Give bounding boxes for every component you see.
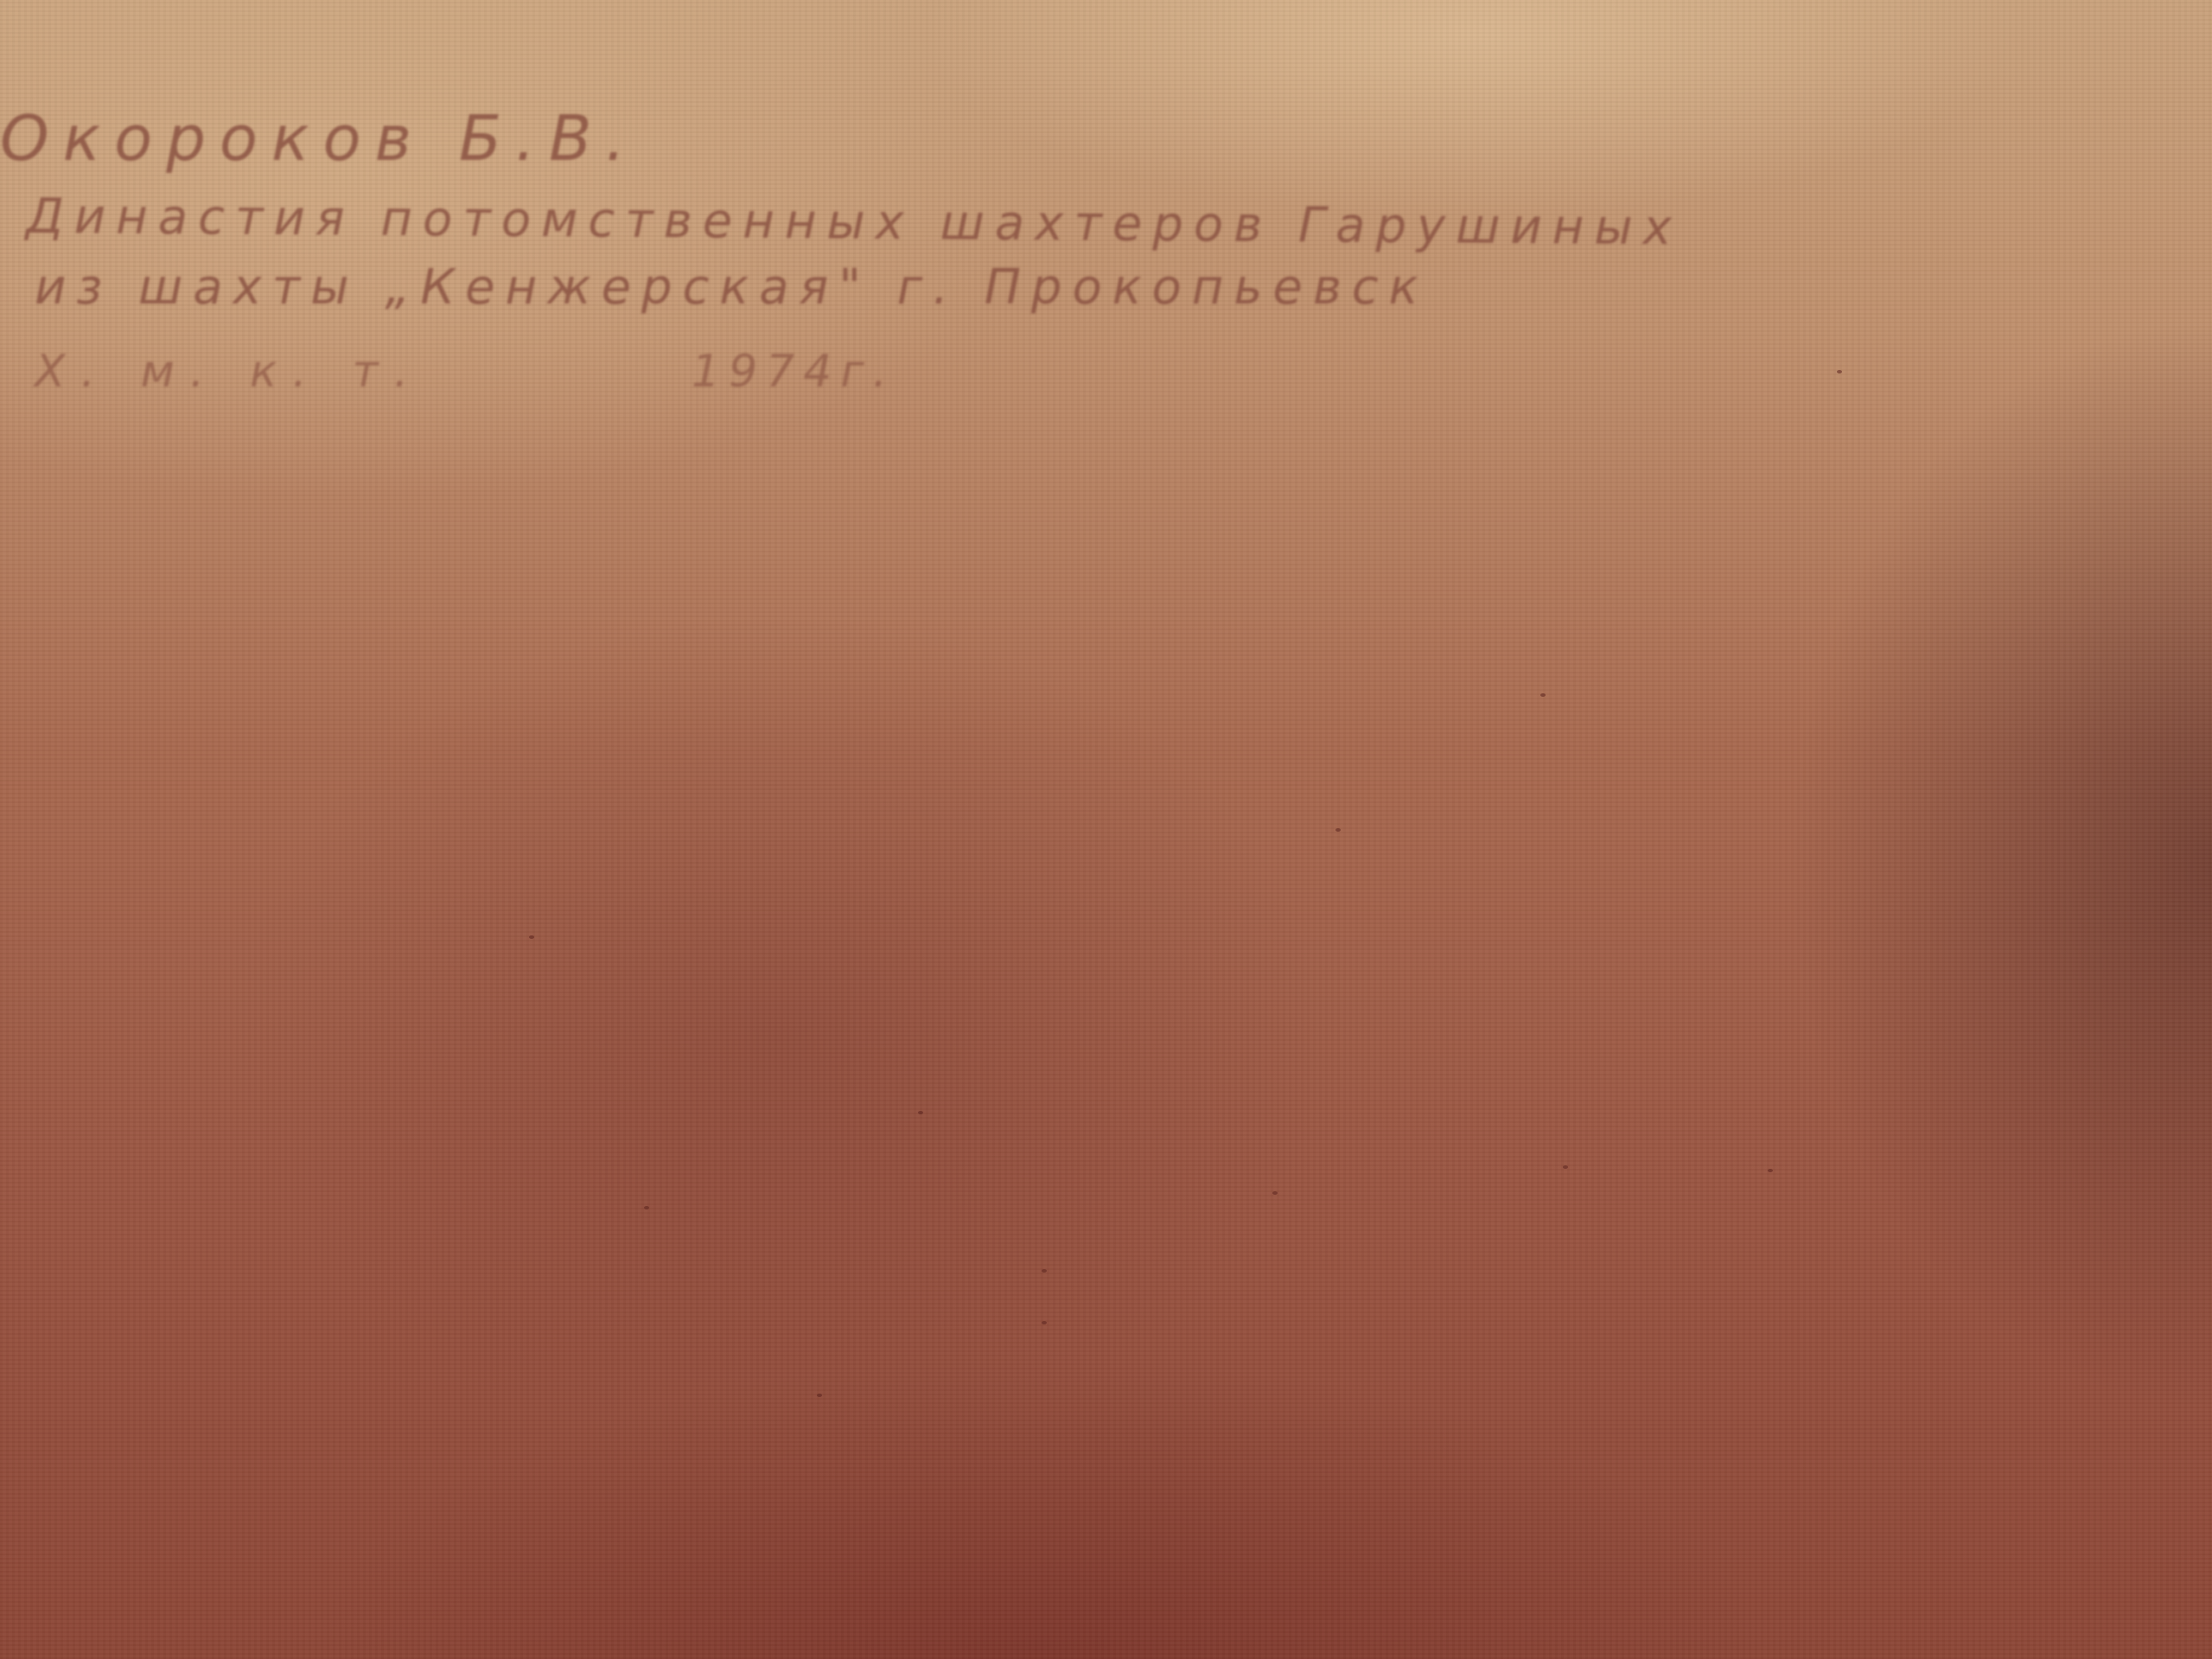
author-name: Окороков Б.В. <box>0 102 639 175</box>
medium-and-date: Х. м. к. т. 1974г. <box>35 346 424 398</box>
year: 1974г. <box>692 346 896 398</box>
medium-note: Х. м. к. т. <box>35 346 424 398</box>
title-line-1: Династия потомственных шахтеров Гарушины… <box>26 188 1682 256</box>
title-line-2: из шахты „Кенжерская" г. Прокопьевск <box>35 259 1428 316</box>
